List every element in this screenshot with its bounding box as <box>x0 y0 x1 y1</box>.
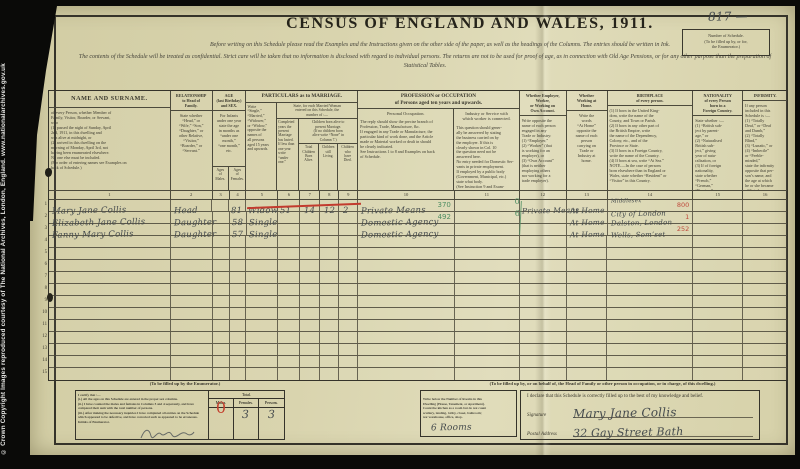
personal-occupation-subcolumn: Personal Occupation. The reply should sh… <box>358 109 454 190</box>
children-died-label: Children who have Died. <box>338 144 357 189</box>
table-row: Elizabeth Jane CollisDaughter58SingleDom… <box>49 212 787 224</box>
instructions-line-2: The contents of the Schedule will be tre… <box>75 53 775 71</box>
cell-nationality <box>693 260 743 271</box>
postal-address-label: Postal Address <box>527 432 573 437</box>
married-woman-note: State, for each Married Woman entered on… <box>277 103 357 120</box>
rooms-count-handwritten: 6 Rooms <box>431 423 472 435</box>
cell-relationship <box>171 296 213 307</box>
cell-infirmity <box>743 212 787 223</box>
cell-name <box>49 236 171 247</box>
table-row: Mary Jane CollisHead81Widow5114122Privat… <box>49 200 787 212</box>
cell-name: Elizabeth Jane Collis <box>49 212 171 223</box>
cell-occupation: Private Means370 <box>358 200 455 211</box>
row-number: 7 <box>34 271 47 283</box>
table-row <box>49 344 787 356</box>
row-number: 10 <box>34 307 47 319</box>
red-clerk-code: 252 <box>677 225 689 233</box>
occupation-column-title: PROFESSION or OCCUPATION of Persons aged… <box>358 91 519 109</box>
census-schedule-page: CENSUS OF ENGLAND AND WALES, 1911. Befor… <box>30 6 795 455</box>
cell-children_died <box>339 272 358 283</box>
cell-relationship: Head <box>171 200 213 211</box>
marriage-status-description: Write “Single,” “Married,” “Widower,” or… <box>246 103 277 190</box>
cell-children_living <box>320 320 339 331</box>
cell-children_born <box>300 224 320 235</box>
header-name-column: NAME AND SURNAME. of every Person, wheth… <box>49 91 171 190</box>
cell-age_m <box>213 308 230 319</box>
cell-children_died <box>339 260 358 271</box>
cell-name <box>49 356 171 367</box>
cell-age_f: 81 <box>229 200 246 211</box>
cell-employer <box>520 272 567 283</box>
green-occupation-code: 370 <box>438 201 451 209</box>
ages-of-males-label: Ages of Males. <box>213 167 229 190</box>
cell-industry <box>455 260 520 271</box>
green-clerk-mark: 0 <box>515 197 520 206</box>
table-row: Fanny Mary CollisDaughter57SingleDomesti… <box>49 224 787 236</box>
cell-years_married <box>278 320 300 331</box>
cell-industry <box>455 308 520 319</box>
infirmity-column-description: If any person included in this Schedule … <box>743 101 787 190</box>
header-relationship-column: RELATIONSHIP to Head of Family. State wh… <box>171 91 213 190</box>
cell-nationality <box>693 224 743 235</box>
cell-occupation <box>358 320 455 331</box>
cell-employer <box>520 356 567 367</box>
cell-name <box>49 308 171 319</box>
cell-industry <box>455 356 520 367</box>
cell-relationship <box>171 248 213 259</box>
column-number: 8 <box>320 191 339 199</box>
table-row <box>49 248 787 260</box>
cell-age_f <box>230 320 247 331</box>
cell-at_home <box>567 344 608 355</box>
cell-age_f <box>230 284 247 295</box>
green-occupation-code: 492 <box>438 213 451 221</box>
cell-children_living <box>320 368 339 380</box>
cell-at_home: At Home <box>567 224 608 235</box>
cell-name <box>49 344 171 355</box>
cell-at_home <box>567 272 608 283</box>
cell-occupation <box>358 308 455 319</box>
cell-years_married <box>278 308 300 319</box>
row-number: 8 <box>34 283 47 295</box>
cell-relationship <box>171 284 213 295</box>
cell-children_living <box>320 236 339 247</box>
cell-age_m <box>213 248 230 259</box>
cell-age_m <box>213 260 230 271</box>
infirmity-column-title: INFIRMITY. <box>743 91 787 101</box>
cell-nationality <box>693 320 743 331</box>
cell-marital <box>246 260 278 271</box>
header-infirmity-column: INFIRMITY. If any person included in thi… <box>743 91 787 190</box>
cell-children_died <box>339 356 358 367</box>
column-number: 2 <box>171 191 213 199</box>
cell-infirmity <box>743 332 787 343</box>
cell-children_living <box>320 224 339 235</box>
cell-industry <box>455 332 520 343</box>
cell-years_married <box>278 368 300 380</box>
cell-occupation <box>358 344 455 355</box>
row-number: 1 <box>34 199 47 211</box>
cell-occupation <box>358 272 455 283</box>
cell-age_m <box>213 212 230 223</box>
cell-infirmity <box>743 368 787 380</box>
cell-relationship <box>171 344 213 355</box>
scan-background: © Crown Copyright Images reproduced cour… <box>0 0 800 469</box>
cell-employer <box>520 284 567 295</box>
cell-infirmity <box>743 308 787 319</box>
cell-nationality <box>693 284 743 295</box>
cell-nationality <box>693 332 743 343</box>
signature-handwritten: Mary Jane Collis <box>573 405 677 421</box>
name-column-description: of every Person, whether Member of Famil… <box>49 108 170 172</box>
cell-relationship <box>171 260 213 271</box>
cell-birthplace: MiddlesexCity of London800 <box>608 200 694 211</box>
cell-infirmity <box>743 272 787 283</box>
cell-children_born <box>300 260 320 271</box>
cell-birthplace <box>607 284 693 295</box>
row-number: 2 <box>34 211 47 223</box>
children-born-note: Children born alive to present Marriage.… <box>299 119 357 144</box>
punch-hole <box>47 293 53 302</box>
declaration-box: I declare that this Schedule is correctl… <box>520 390 760 440</box>
females-header: Females. <box>234 399 259 407</box>
cell-marital <box>246 308 278 319</box>
cell-occupation <box>358 248 455 259</box>
cell-at_home <box>567 308 608 319</box>
cell-relationship: Daughter <box>171 224 213 235</box>
table-row <box>49 236 787 248</box>
cell-occupation: Domestic Agency <box>358 224 455 235</box>
cell-children_born <box>300 284 320 295</box>
cell-occupation <box>358 296 455 307</box>
declaration-text: I declare that this Schedule is correctl… <box>527 394 753 399</box>
cell-children_died <box>339 212 358 223</box>
cell-nationality <box>693 296 743 307</box>
cell-age_m <box>213 284 230 295</box>
cell-relationship <box>171 356 213 367</box>
cell-birthplace <box>607 344 693 355</box>
cell-occupation <box>358 284 455 295</box>
cell-children_born <box>300 356 320 367</box>
cell-occupation <box>358 236 455 247</box>
cell-age_f <box>230 368 247 380</box>
cell-age_f <box>230 260 247 271</box>
birthplace-column-description: (1) If born in the United King- dom, wri… <box>608 106 693 185</box>
cell-infirmity <box>743 296 787 307</box>
children-total-label: Total Children Born Alive. <box>299 144 319 189</box>
row-number: 5 <box>34 247 47 259</box>
table-row <box>49 272 787 284</box>
header-age-column: AGE (last Birthday) and SEX. For Infants… <box>213 91 247 190</box>
cell-at_home <box>567 356 608 367</box>
table-row <box>49 368 787 380</box>
cell-marital <box>246 320 278 331</box>
cell-employer <box>520 260 567 271</box>
age-column-title: AGE (last Birthday) and SEX. <box>213 91 246 111</box>
cell-name <box>49 248 171 259</box>
cell-age_f <box>230 332 247 343</box>
cell-marital <box>246 356 278 367</box>
column-number: 4 <box>230 191 247 199</box>
nationality-column-description: State whether :— (1) “British sub- ject … <box>693 116 742 190</box>
cell-infirmity <box>743 356 787 367</box>
totals-table: Total. Males. Females. Persons. 0 3 3 <box>208 391 284 439</box>
cell-industry <box>455 200 520 211</box>
row-numbers-gutter: 123456789101112131415 <box>34 199 47 379</box>
cell-age_f <box>230 272 247 283</box>
cell-relationship: Daughter <box>171 212 213 223</box>
cell-marital <box>246 272 278 283</box>
industry-label: Industry or Service with which worker is… <box>454 109 518 123</box>
birthplace-column-title: BIRTHPLACE of every person. <box>608 91 693 106</box>
cell-industry <box>455 320 520 331</box>
cell-at_home <box>567 260 608 271</box>
cell-years_married <box>278 296 300 307</box>
cell-children_born <box>300 296 320 307</box>
cell-marital <box>246 344 278 355</box>
header-at-home-column: Whether Working at Home. Write the words… <box>567 91 608 190</box>
column-number: 9 <box>339 191 358 199</box>
cell-employer <box>520 344 567 355</box>
cell-years_married <box>278 248 300 259</box>
rooms-instruction: Write below the Number of Rooms in this … <box>423 397 486 419</box>
relationship-column-description: State whether “Head,” or “Wife,” “Son,” … <box>171 111 212 155</box>
householder-section-label: (To be filled up by, or on behalf of, th… <box>430 381 775 386</box>
cell-birthplace <box>607 236 693 247</box>
table-row <box>49 284 787 296</box>
cell-nationality <box>693 308 743 319</box>
cell-children_living <box>320 272 339 283</box>
personal-occupation-label: Personal Occupation. <box>358 109 453 117</box>
signature-label: Signature <box>527 413 573 418</box>
cell-marital: Single <box>247 212 279 223</box>
cell-employer <box>520 236 567 247</box>
cell-industry <box>455 344 520 355</box>
cell-years_married <box>278 236 300 247</box>
cell-children_born <box>300 212 320 223</box>
cell-occupation <box>358 260 455 271</box>
cell-children_died <box>339 236 358 247</box>
column-number: 6 <box>278 191 300 199</box>
header-marriage-column: PARTICULARS as to MARRIAGE. Write “Singl… <box>246 91 358 190</box>
cell-nationality <box>693 212 743 223</box>
cell-years_married <box>278 212 300 223</box>
industry-description: This question should gener- ally be answ… <box>454 123 518 190</box>
cell-children_died <box>339 332 358 343</box>
cell-relationship <box>171 368 213 380</box>
cell-birthplace <box>607 356 693 367</box>
cell-at_home: At Home <box>567 200 608 211</box>
name-column-title: NAME AND SURNAME. <box>49 91 170 108</box>
cell-children_living <box>320 296 339 307</box>
cell-name <box>49 332 171 343</box>
cell-children_died: 2 <box>339 200 358 211</box>
column-number: 16 <box>743 191 787 199</box>
cell-at_home <box>567 368 608 380</box>
cell-relationship <box>171 308 213 319</box>
cell-occupation <box>358 332 455 343</box>
header-employer-column: Whether Employer, Worker, or Working on … <box>520 91 567 190</box>
header-occupation-column: PROFESSION or OCCUPATION of Persons aged… <box>358 91 520 190</box>
column-number: 11 <box>455 191 520 199</box>
cell-birthplace <box>607 308 693 319</box>
cell-children_living <box>320 308 339 319</box>
schedule-number-handwritten: 817 — <box>708 8 798 24</box>
cell-years_married <box>278 272 300 283</box>
cell-birthplace <box>607 296 693 307</box>
cell-age_m <box>213 368 230 380</box>
cell-birthplace: Wells, Som’set252 <box>608 224 694 235</box>
cell-relationship <box>171 332 213 343</box>
personal-occupation-description: The reply should show the precise branch… <box>358 117 453 161</box>
cell-occupation: Domestic Agency492 <box>358 212 455 223</box>
cell-age_m <box>213 320 230 331</box>
cell-marital <box>246 332 278 343</box>
cell-birthplace <box>607 320 693 331</box>
cell-marital: Single <box>247 224 279 235</box>
cell-industry <box>455 236 520 247</box>
cell-employer <box>520 308 567 319</box>
row-number: 6 <box>34 259 47 271</box>
enumerator-section-label: (To be filled up by the Enumerator.) <box>70 381 300 386</box>
cell-industry <box>455 368 520 380</box>
cell-age_f: 57 <box>230 224 247 235</box>
cell-employer <box>520 224 567 235</box>
copyright-vertical-text: © Crown Copyright Images reproduced cour… <box>0 6 13 455</box>
cell-children_living <box>320 356 339 367</box>
cell-industry <box>455 212 520 223</box>
cell-children_died <box>339 308 358 319</box>
cell-years_married <box>278 260 300 271</box>
cell-at_home: At Home <box>567 212 608 223</box>
column-number: 3 <box>213 191 230 199</box>
table-header: NAME AND SURNAME. of every Person, wheth… <box>49 91 787 191</box>
cell-years_married <box>278 284 300 295</box>
cell-children_living <box>320 284 339 295</box>
enumerator-initials-scribble <box>138 426 196 442</box>
cell-infirmity <box>743 344 787 355</box>
cell-age_f <box>230 248 247 259</box>
cell-employer <box>520 332 567 343</box>
cell-children_living <box>320 344 339 355</box>
cell-name <box>49 296 171 307</box>
cell-children_died <box>339 368 358 380</box>
cell-at_home <box>567 236 608 247</box>
cell-children_born <box>300 320 320 331</box>
cell-birthplace <box>607 248 693 259</box>
cell-infirmity <box>743 320 787 331</box>
cell-age_m <box>212 200 229 211</box>
column-number: 7 <box>300 191 320 199</box>
green-clerk-mark: 6 <box>515 209 520 218</box>
cell-children_died <box>339 296 358 307</box>
cell-age_f <box>230 356 247 367</box>
cell-children_born <box>300 248 320 259</box>
cell-marital <box>246 368 278 380</box>
cell-employer <box>520 320 567 331</box>
cell-age_f <box>230 308 247 319</box>
cell-at_home <box>567 296 608 307</box>
row-number: 14 <box>34 355 47 367</box>
column-number: 13 <box>567 191 608 199</box>
cell-children_died <box>339 224 358 235</box>
cell-age_m <box>213 236 230 247</box>
cell-marital <box>246 296 278 307</box>
table-body: Mary Jane CollisHead81Widow5114122Privat… <box>49 200 787 380</box>
cell-infirmity <box>743 236 787 247</box>
cell-children_died <box>339 284 358 295</box>
cell-children_living <box>320 260 339 271</box>
column-number: 15 <box>693 191 743 199</box>
cell-occupation <box>358 356 455 367</box>
cell-children_died <box>339 344 358 355</box>
years-married-description: Completed years the present Marriage has… <box>277 119 299 189</box>
cell-age_m <box>213 344 230 355</box>
cell-infirmity <box>743 248 787 259</box>
age-sex-subcolumns: Ages of Males. Ages of Females. <box>213 166 246 190</box>
cell-children_born <box>300 344 320 355</box>
persons-total-value: 3 <box>268 408 275 421</box>
cell-relationship <box>171 272 213 283</box>
cell-at_home <box>567 284 608 295</box>
row-number: 11 <box>34 319 47 331</box>
column-number: 5 <box>246 191 278 199</box>
cell-children_born <box>300 368 320 380</box>
cell-employer: 0Private Means <box>520 200 567 211</box>
cell-nationality <box>693 368 743 380</box>
age-column-description: For Infants under one year state the age… <box>213 111 246 155</box>
persons-header: Persons. <box>259 399 284 407</box>
cell-industry <box>455 248 520 259</box>
table-row <box>49 260 787 272</box>
cell-age_f <box>230 296 247 307</box>
cell-industry <box>455 284 520 295</box>
cell-infirmity <box>743 224 787 235</box>
relationship-column-title: RELATIONSHIP to Head of Family. <box>171 91 212 111</box>
cell-age_f <box>230 344 247 355</box>
industry-subcolumn: Industry or Service with which worker is… <box>454 109 518 190</box>
at-home-column-title: Whether Working at Home. <box>567 91 607 111</box>
cell-at_home <box>567 320 608 331</box>
cell-name <box>49 272 171 283</box>
cell-infirmity <box>743 200 787 211</box>
enumerator-box: I certify that :— (i.) All the ages on t… <box>75 390 285 440</box>
cell-children_living <box>320 332 339 343</box>
cell-years_married <box>278 332 300 343</box>
cell-infirmity <box>743 284 787 295</box>
cell-age_m <box>213 296 230 307</box>
cell-nationality <box>693 356 743 367</box>
row-number: 3 <box>34 223 47 235</box>
cell-name <box>49 260 171 271</box>
children-living-label: Children still Living. <box>319 144 338 189</box>
cell-birthplace <box>607 368 693 380</box>
cell-birthplace <box>607 272 693 283</box>
column-number: 10 <box>358 191 455 199</box>
cell-age_m <box>213 272 230 283</box>
column-number: 12 <box>520 191 567 199</box>
cell-industry <box>455 272 520 283</box>
cell-name: Fanny Mary Collis <box>49 224 171 235</box>
cell-name <box>49 320 171 331</box>
instructions-line-1: Before writing on this Schedule please r… <box>125 41 755 50</box>
cell-children_born <box>300 308 320 319</box>
cell-children_born <box>300 332 320 343</box>
table-row <box>49 320 787 332</box>
table-row <box>49 332 787 344</box>
cell-age_m <box>213 332 230 343</box>
header-birthplace-column: BIRTHPLACE of every person. (1) If born … <box>608 91 694 190</box>
